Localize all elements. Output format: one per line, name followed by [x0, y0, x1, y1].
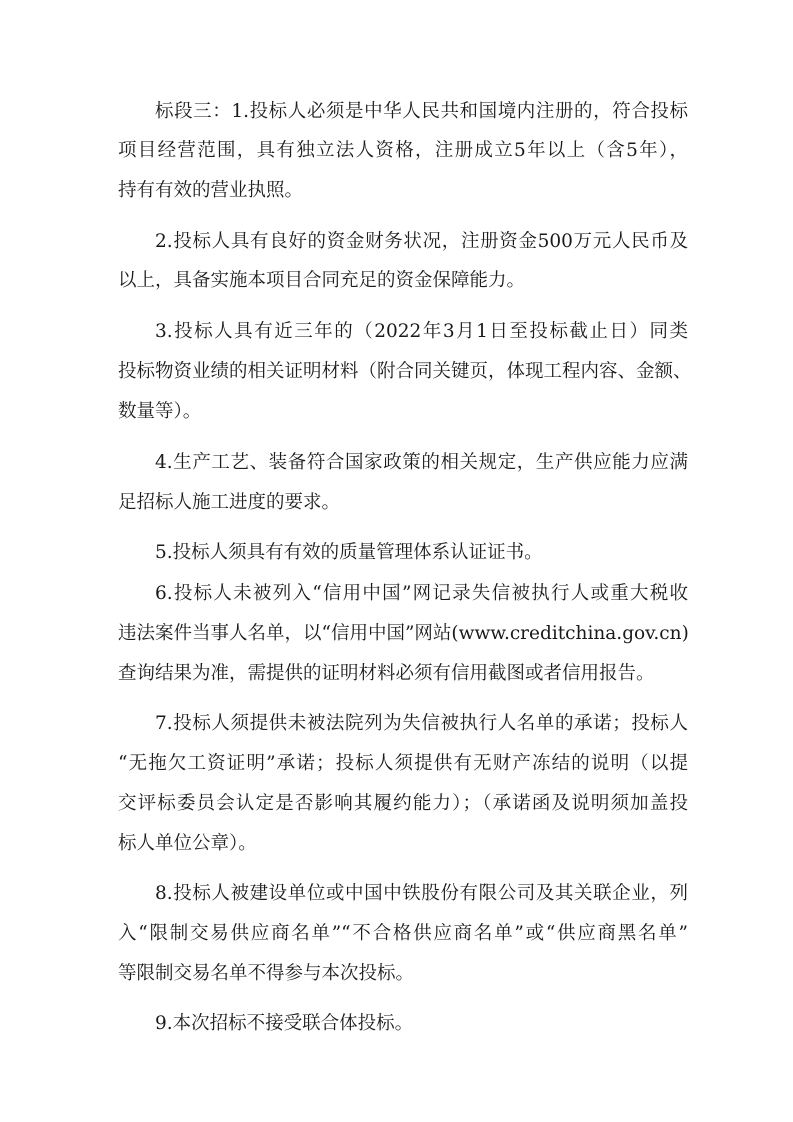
paragraph-7-line-3: 交评标委员会认定是否影响其履约能力）；（承诺函及说明须加盖投 [118, 791, 688, 817]
paragraph-7-line-1: 7.投标人须提供未被法院列为失信被执行人名单的承诺；投标人 [155, 711, 688, 737]
document-page: 标段三：1.投标人必须是中华人民共和国境内注册的，符合投标 项目经营范围，具有独… [0, 0, 793, 1122]
paragraph-3-line-3: 数量等）。 [118, 399, 688, 425]
paragraph-2-line-1: 2.投标人具有良好的资金财务状况，注册资金500万元人民币及 [155, 229, 688, 255]
paragraph-1-line-2: 项目经营范围，具有独立法人资格，注册成立5年以上（含5年）， [118, 138, 688, 164]
paragraph-7-line-4: 标人单位公章）。 [118, 831, 688, 857]
paragraph-8-line-1: 8.投标人被建设单位或中国中铁股份有限公司及其关联企业，列 [155, 881, 688, 907]
paragraph-8-line-2: 入“限制交易供应商名单”“不合格供应商名单”或“供应商黑名单” [118, 921, 688, 947]
paragraph-1-line-3: 持有有效的营业执照。 [118, 178, 688, 204]
paragraph-4-line-1: 4.生产工艺、装备符合国家政策的相关规定，生产供应能力应满 [155, 450, 688, 476]
paragraph-6-line-1: 6.投标人未被列入“信用中国”网记录失信被执行人或重大税收 [155, 581, 688, 607]
paragraph-6-line-3: 查询结果为准，需提供的证明材料必须有信用截图或者信用报告。 [118, 661, 688, 687]
paragraph-3-line-2: 投标物资业绩的相关证明材料（附合同关键页，体现工程内容、金额、 [118, 359, 688, 385]
paragraph-8-line-3: 等限制交易名单不得参与本次投标。 [118, 961, 688, 987]
paragraph-4-line-2: 足招标人施工进度的要求。 [118, 490, 688, 516]
paragraph-1-line-1: 标段三：1.投标人必须是中华人民共和国境内注册的，符合投标 [155, 99, 688, 125]
paragraph-3-line-1: 3.投标人具有近三年的（2022年3月1日至投标截止日）同类 [155, 319, 688, 345]
paragraph-7-line-2: “无拖欠工资证明”承诺；投标人须提供有无财产冻结的说明（以提 [118, 751, 688, 777]
paragraph-6-line-2: 违法案件当事人名单，以“信用中国”网站(www.creditchina.gov.… [118, 621, 688, 647]
paragraph-5-line-1: 5.投标人须具有有效的质量管理体系认证证书。 [155, 540, 688, 566]
paragraph-9-line-1: 9.本次招标不接受联合体投标。 [155, 1011, 688, 1037]
paragraph-2-line-2: 以上，具备实施本项目合同充足的资金保障能力。 [118, 268, 688, 294]
